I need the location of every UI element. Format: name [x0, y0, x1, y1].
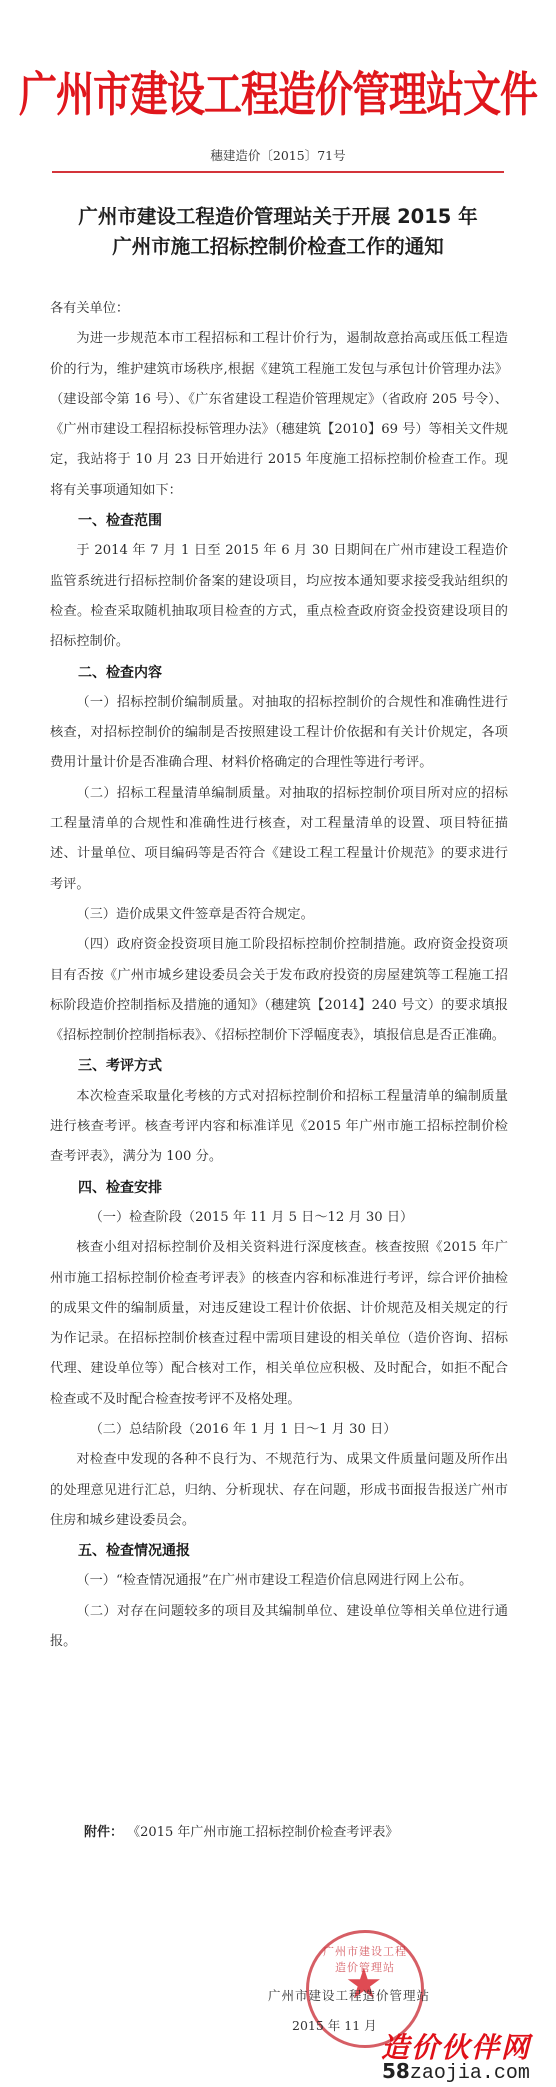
section-heading-scope: 一、检查范围 — [50, 506, 508, 536]
content-item-3: （三）造价成果文件签章是否符合规定。 — [50, 900, 508, 930]
title-line-1: 广州市建设工程造价管理站关于开展 2015 年 — [40, 202, 516, 232]
salutation: 各有关单位： — [50, 294, 508, 324]
document-number: 穗建造价〔2015〕71号 — [0, 146, 556, 164]
document-title: 广州市建设工程造价管理站关于开展 2015 年 广州市施工招标控制价检查工作的通… — [40, 202, 516, 262]
document-body: 各有关单位： 为进一步规范本市工程招标和工程计价行为，遏制故意抬高或压低工程造价… — [50, 294, 508, 1657]
schedule-stage-1-paragraph: 核查小组对招标控制价及相关资料进行深度核查。核查按照《2015 年广州市施工招标… — [50, 1233, 508, 1415]
intro-paragraph: 为进一步规范本市工程招标和工程计价行为，遏制故意抬高或压低工程造价的行为，维护建… — [50, 324, 508, 506]
section-heading-content: 二、检查内容 — [50, 658, 508, 688]
signature-organization: 广州市建设工程造价管理站 — [268, 1986, 430, 2004]
schedule-stage-1: （一）检查阶段（2015 年 11 月 5 日～12 月 30 日） — [50, 1203, 508, 1233]
schedule-stage-2-paragraph: 对检查中发现的各种不良行为、不规范行为、成果文件质量问题及所作出的处理意见进行汇… — [50, 1445, 508, 1536]
watermark-url-domain: zaojia.com — [410, 2062, 530, 2085]
signature-date: 2015 年 11 月 — [292, 2016, 377, 2034]
section-heading-schedule: 四、检查安排 — [50, 1173, 508, 1203]
report-item-2: （二）对存在问题较多的项目及其编制单位、建设单位等相关单位进行通报。 — [50, 1597, 508, 1658]
method-paragraph: 本次检查采取量化考核的方式对招标控制价和招标工程量清单的编制质量进行核查考评。核… — [50, 1082, 508, 1173]
document-masthead: 广州市建设工程造价管理站文件 — [0, 56, 556, 125]
notice-document: 广州市建设工程造价管理站文件 穗建造价〔2015〕71号 广州市建设工程造价管理… — [0, 0, 556, 2087]
schedule-stage-2: （二）总结阶段（2016 年 1 月 1 日～1 月 30 日） — [50, 1415, 508, 1445]
masthead-divider — [52, 171, 504, 173]
content-item-4: （四）政府资金投资项目施工阶段招标控制价控制措施。政府资金投资项目有否按《广州市… — [50, 930, 508, 1051]
watermark-url-prefix: 58 — [382, 2059, 410, 2083]
section-heading-report: 五、检查情况通报 — [50, 1536, 508, 1566]
content-item-1: （一）招标控制价编制质量。对抽取的招标控制价的合规性和准确性进行核查，对招标控制… — [50, 688, 508, 779]
report-item-1: （一）“检查情况通报”在广州市建设工程造价信息网进行网上公布。 — [50, 1566, 508, 1596]
attachment-label: 附件： — [84, 1825, 123, 1840]
title-line-2: 广州市施工招标控制价检查工作的通知 — [40, 232, 516, 262]
scope-paragraph: 于 2014 年 7 月 1 日至 2015 年 6 月 30 日期间在广州市建… — [50, 536, 508, 657]
content-item-2: （二）招标工程量清单编制质量。对抽取的招标控制价项目所对应的招标工程量清单的合规… — [50, 779, 508, 900]
watermark-url: 58zaojia.com — [382, 2059, 530, 2085]
attachment-title: 《2015 年广州市施工招标控制价检查考评表》 — [127, 1825, 398, 1840]
attachment-line: 附件： 《2015 年广州市施工招标控制价检查考评表》 — [84, 1821, 524, 1840]
section-heading-method: 三、考评方式 — [50, 1051, 508, 1081]
